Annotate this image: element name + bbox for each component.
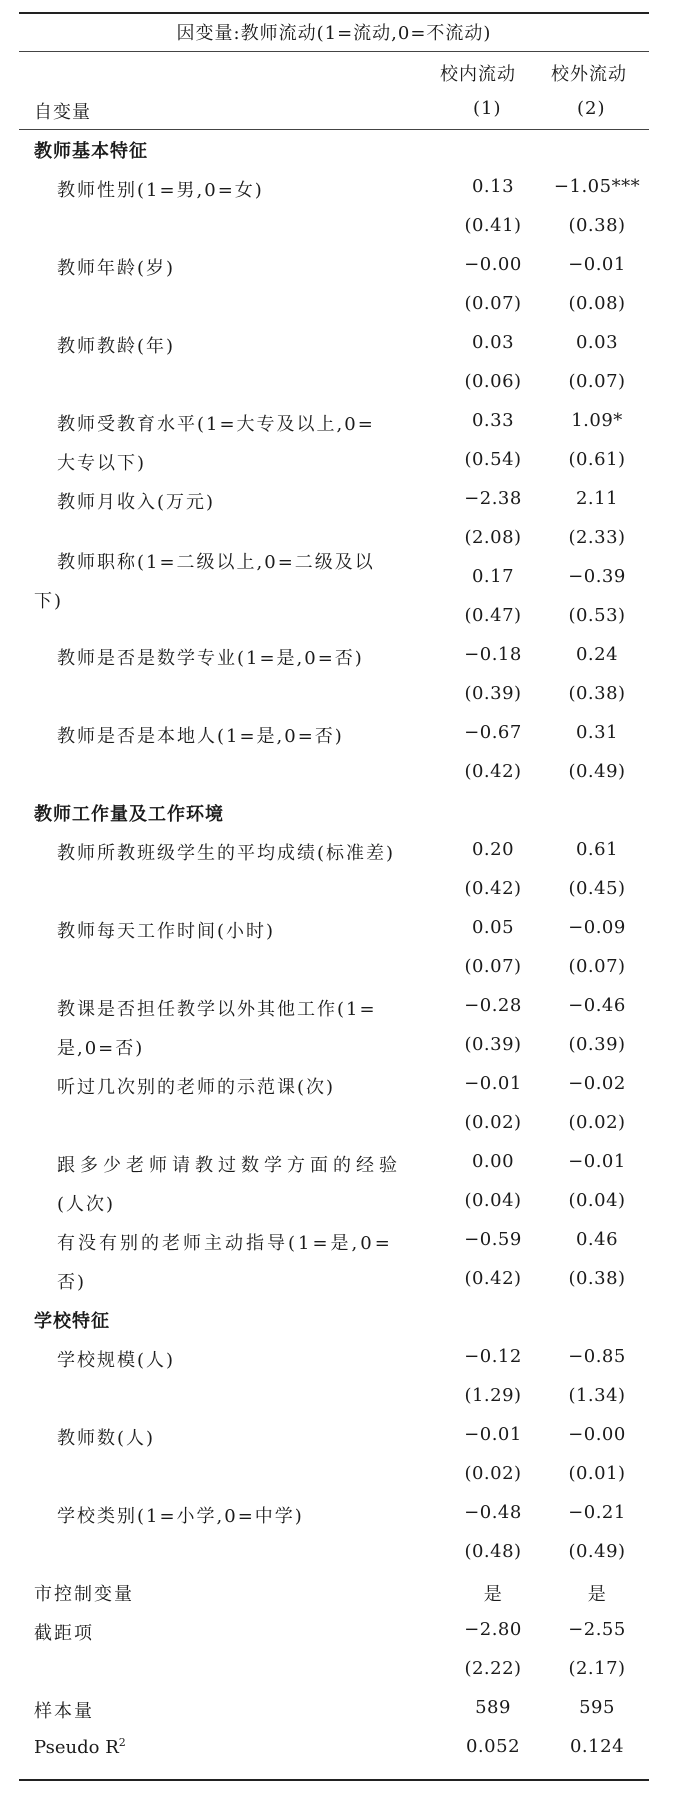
se-cell: (1.34) bbox=[542, 1385, 652, 1406]
coef-cell: 0.13 bbox=[438, 176, 548, 197]
se-row: (0.42) (0.49) bbox=[19, 761, 649, 800]
table-row: 学校规模(人) −0.12 −0.85 bbox=[19, 1346, 649, 1385]
se-cell: (0.02) bbox=[438, 1463, 548, 1484]
se-cell: (0.53) bbox=[542, 605, 652, 626]
se-cell: (0.61) bbox=[542, 449, 652, 470]
coef-cell: 0.31 bbox=[542, 722, 652, 743]
coef-cell: −0.01 bbox=[438, 1073, 548, 1094]
coef-cell: −0.00 bbox=[542, 1424, 652, 1445]
se-row: (1.29) (1.34) bbox=[19, 1385, 649, 1424]
coef-cell: −0.12 bbox=[438, 1346, 548, 1367]
table-title: 因变量:教师流动(1=流动,0=不流动) bbox=[19, 19, 649, 45]
col-number-1: (1) bbox=[473, 98, 502, 119]
value-cell: 0.052 bbox=[438, 1736, 548, 1757]
se-row: (0.06) (0.07) bbox=[19, 371, 649, 410]
coef-cell: −2.38 bbox=[438, 488, 548, 509]
value-cell: 是 bbox=[438, 1580, 548, 1606]
se-cell: (0.39) bbox=[438, 1034, 548, 1055]
row-label: 学校类别(1=小学,0=中学) bbox=[57, 1502, 304, 1528]
se-cell: (2.22) bbox=[438, 1658, 548, 1679]
coef-cell: 0.00 bbox=[438, 1151, 548, 1172]
coef-cell: −0.09 bbox=[542, 917, 652, 938]
se-cell: (0.07) bbox=[438, 956, 548, 977]
se-cell: (0.48) bbox=[438, 1541, 548, 1562]
se-cell: (0.06) bbox=[438, 371, 548, 392]
value-cell: 0.124 bbox=[542, 1736, 652, 1757]
coef-cell: −0.00 bbox=[438, 254, 548, 275]
section-header: 学校特征 bbox=[19, 1307, 649, 1346]
se-cell: (0.02) bbox=[542, 1112, 652, 1133]
table-row: 教课是否担任教学以外其他工作(1= −0.28 −0.46 bbox=[19, 995, 649, 1034]
coef-cell: −0.67 bbox=[438, 722, 548, 743]
se-cell: (0.49) bbox=[542, 761, 652, 782]
se-cell: (0.01) bbox=[542, 1463, 652, 1484]
col-header-2: 校外流动 bbox=[551, 60, 627, 86]
coef-cell: 0.05 bbox=[438, 917, 548, 938]
se-cell: (0.54) bbox=[438, 449, 548, 470]
se-cell: (2.08) bbox=[438, 527, 548, 548]
se-cell: (0.07) bbox=[438, 293, 548, 314]
coef-cell: −0.02 bbox=[542, 1073, 652, 1094]
table-row: 有没有别的老师主动指导(1=是,0= −0.59 0.46 bbox=[19, 1229, 649, 1268]
coef-cell: −0.59 bbox=[438, 1229, 548, 1250]
table-row: 教师受教育水平(1=大专及以上,0= 0.33 1.09* bbox=[19, 410, 649, 449]
section-title: 教师工作量及工作环境 bbox=[34, 800, 224, 826]
se-row: (0.47) (0.53) bbox=[19, 605, 649, 644]
row-label: 教课是否担任教学以外其他工作(1= bbox=[57, 995, 377, 1021]
table-row: 听过几次别的老师的示范课(次) −0.01 −0.02 bbox=[19, 1073, 649, 1112]
se-cell: (0.47) bbox=[438, 605, 548, 626]
pseudo-r2-row: Pseudo R2 0.052 0.124 bbox=[19, 1736, 649, 1775]
row-label: 教师是否是本地人(1=是,0=否) bbox=[57, 722, 344, 748]
row-label-continued: 大专以下) bbox=[57, 449, 146, 475]
se-cell: (0.45) bbox=[542, 878, 652, 899]
se-row: (0.42) (0.45) bbox=[19, 878, 649, 917]
row-label: 样本量 bbox=[34, 1697, 94, 1723]
bottom-rule bbox=[19, 1779, 649, 1781]
row-label: 教师是否是数学专业(1=是,0=否) bbox=[57, 644, 364, 670]
row-label: 跟多少老师请教过数学方面的经验 bbox=[57, 1151, 402, 1177]
coef-cell: 0.20 bbox=[438, 839, 548, 860]
row-label-continued: (人次) bbox=[57, 1190, 115, 1216]
se-cell: (0.42) bbox=[438, 761, 548, 782]
se-row: (0.02) (0.02) bbox=[19, 1112, 649, 1151]
coef-cell: −0.21 bbox=[542, 1502, 652, 1523]
se-row: (0.39) (0.38) bbox=[19, 683, 649, 722]
se-cell: (0.02) bbox=[438, 1112, 548, 1133]
value-cell: 是 bbox=[542, 1580, 652, 1606]
sample-size-row: 样本量 589 595 bbox=[19, 1697, 649, 1736]
city-controls-row: 市控制变量 是 是 bbox=[19, 1580, 649, 1619]
table-row: 教师是否是数学专业(1=是,0=否) −0.18 0.24 bbox=[19, 644, 649, 683]
row-label-header: 自变量 bbox=[34, 98, 91, 124]
table-row: 教师是否是本地人(1=是,0=否) −0.67 0.31 bbox=[19, 722, 649, 761]
row-label: 听过几次别的老师的示范课(次) bbox=[57, 1073, 335, 1099]
coef-cell: −1.05*** bbox=[542, 176, 652, 197]
coef-cell: 1.09* bbox=[542, 410, 652, 431]
intercept-row: 截距项 −2.80 −2.55 bbox=[19, 1619, 649, 1658]
coef-cell: −0.28 bbox=[438, 995, 548, 1016]
row-label: 市控制变量 bbox=[34, 1580, 134, 1606]
se-cell: (1.29) bbox=[438, 1385, 548, 1406]
section-header: 教师工作量及工作环境 bbox=[19, 800, 649, 839]
title-rule bbox=[19, 51, 649, 52]
value-cell: 589 bbox=[438, 1697, 548, 1718]
row-label-continued: 否) bbox=[57, 1268, 86, 1294]
col-header-1: 校内流动 bbox=[440, 60, 516, 86]
se-cell: (0.42) bbox=[438, 878, 548, 899]
se-row: (0.07) (0.07) bbox=[19, 956, 649, 995]
row-label: 教师所教班级学生的平均成绩(标准差) bbox=[57, 839, 395, 865]
row-label: 教师每天工作时间(小时) bbox=[57, 917, 275, 943]
coef-cell: 0.24 bbox=[542, 644, 652, 665]
table-row: 教师年龄(岁) −0.00 −0.01 bbox=[19, 254, 649, 293]
row-label: 有没有别的老师主动指导(1=是,0= bbox=[57, 1229, 393, 1255]
table-row: 教师教龄(年) 0.03 0.03 bbox=[19, 332, 649, 371]
pseudo-r2-label: Pseudo R bbox=[34, 1737, 119, 1758]
coef-cell: 0.33 bbox=[438, 410, 548, 431]
coef-cell: 0.46 bbox=[542, 1229, 652, 1250]
coef-cell: −0.46 bbox=[542, 995, 652, 1016]
header-rule bbox=[19, 129, 649, 130]
coef-cell: −0.01 bbox=[542, 1151, 652, 1172]
row-label: 教师数(人) bbox=[57, 1424, 155, 1450]
coef-cell: −0.18 bbox=[438, 644, 548, 665]
se-row: (2.22) (2.17) bbox=[19, 1658, 649, 1697]
coef-cell: −0.48 bbox=[438, 1502, 548, 1523]
table-row: 跟多少老师请教过数学方面的经验 0.00 −0.01 bbox=[19, 1151, 649, 1190]
table-row: 教师性别(1=男,0=女) 0.13 −1.05*** bbox=[19, 176, 649, 215]
se-cell: (0.49) bbox=[542, 1541, 652, 1562]
se-row: (人次) (0.04) (0.04) bbox=[19, 1190, 649, 1229]
se-cell: (0.07) bbox=[542, 956, 652, 977]
coef-cell: 0.03 bbox=[438, 332, 548, 353]
row-label: 学校规模(人) bbox=[57, 1346, 175, 1372]
top-rule bbox=[19, 12, 649, 14]
coef-cell: −0.39 bbox=[542, 566, 652, 587]
superscript: 2 bbox=[119, 1736, 126, 1749]
coef-cell: −2.55 bbox=[542, 1619, 652, 1640]
coef-cell: −0.01 bbox=[542, 254, 652, 275]
row-label: 截距项 bbox=[34, 1619, 94, 1645]
table-row: 学校类别(1=小学,0=中学) −0.48 −0.21 bbox=[19, 1502, 649, 1541]
table-row: 教师月收入(万元) −2.38 2.11 bbox=[19, 488, 649, 527]
coef-cell: −0.85 bbox=[542, 1346, 652, 1367]
coef-cell: −0.01 bbox=[438, 1424, 548, 1445]
row-label: 教师性别(1=男,0=女) bbox=[57, 176, 264, 202]
row-label-continued: 是,0=否) bbox=[57, 1034, 144, 1060]
row-label: 教师年龄(岁) bbox=[57, 254, 175, 280]
se-cell: (0.04) bbox=[542, 1190, 652, 1211]
section-title: 学校特征 bbox=[34, 1307, 110, 1333]
se-row: 大专以下) (0.54) (0.61) bbox=[19, 449, 649, 488]
section-title: 教师基本特征 bbox=[34, 137, 148, 163]
se-cell: (2.17) bbox=[542, 1658, 652, 1679]
value-cell: 595 bbox=[542, 1697, 652, 1718]
se-cell: (0.41) bbox=[438, 215, 548, 236]
se-cell: (0.04) bbox=[438, 1190, 548, 1211]
coef-cell: 0.61 bbox=[542, 839, 652, 860]
coef-cell: 0.03 bbox=[542, 332, 652, 353]
table-row: 教师数(人) −0.01 −0.00 bbox=[19, 1424, 649, 1463]
table-row: 教师所教班级学生的平均成绩(标准差) 0.20 0.61 bbox=[19, 839, 649, 878]
row-label: 教师教龄(年) bbox=[57, 332, 175, 358]
se-row: 否) (0.42) (0.38) bbox=[19, 1268, 649, 1307]
se-row: (0.41) (0.38) bbox=[19, 215, 649, 254]
se-cell: (0.07) bbox=[542, 371, 652, 392]
se-row: (0.07) (0.08) bbox=[19, 293, 649, 332]
coef-cell: 0.17 bbox=[438, 566, 548, 587]
row-label: 教师月收入(万元) bbox=[57, 488, 215, 514]
table-row: 教师每天工作时间(小时) 0.05 −0.09 bbox=[19, 917, 649, 956]
col-number-2: (2) bbox=[577, 98, 606, 119]
se-row: (0.48) (0.49) bbox=[19, 1541, 649, 1580]
row-label: 教师受教育水平(1=大专及以上,0= bbox=[57, 410, 375, 436]
coef-cell: 2.11 bbox=[542, 488, 652, 509]
se-row: (0.02) (0.01) bbox=[19, 1463, 649, 1502]
row-label: Pseudo R2 bbox=[34, 1736, 126, 1758]
se-cell: (0.39) bbox=[438, 683, 548, 704]
se-cell: (0.08) bbox=[542, 293, 652, 314]
coef-cell: −2.80 bbox=[438, 1619, 548, 1640]
se-row: 是,0=否) (0.39) (0.39) bbox=[19, 1034, 649, 1073]
se-cell: (0.39) bbox=[542, 1034, 652, 1055]
se-cell: (0.38) bbox=[542, 215, 652, 236]
se-cell: (0.38) bbox=[542, 683, 652, 704]
se-cell: (0.38) bbox=[542, 1268, 652, 1289]
section-header: 教师基本特征 bbox=[19, 137, 649, 176]
se-cell: (0.42) bbox=[438, 1268, 548, 1289]
se-cell: (2.33) bbox=[542, 527, 652, 548]
